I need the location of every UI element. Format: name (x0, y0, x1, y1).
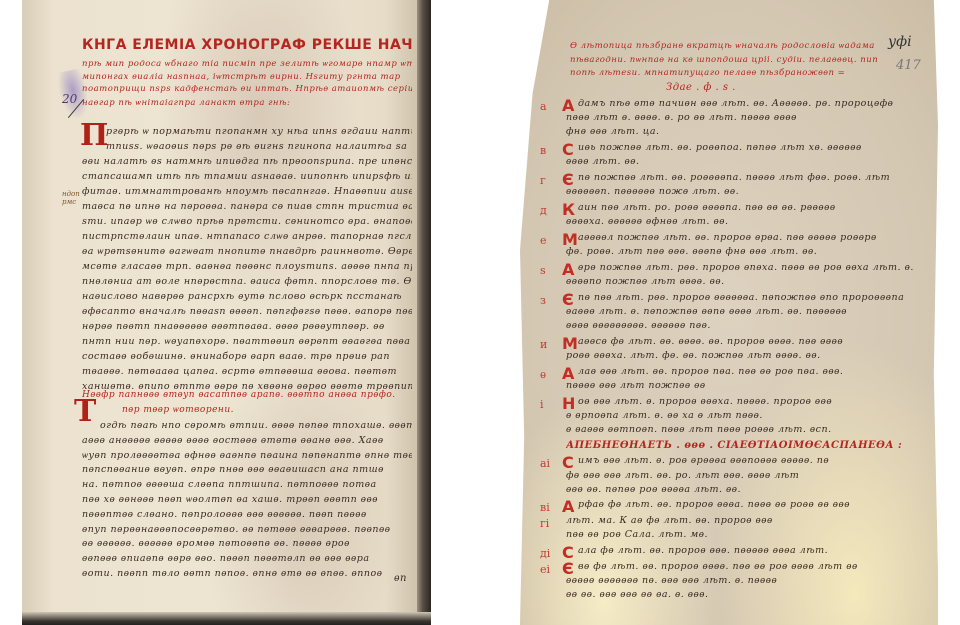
entry-line: иѳь пожпѳѳ лѣт. ѳѳ. роѳѳпоа. пѳпѳѳ лѣт х… (578, 142, 926, 153)
folio-mark: уфі (888, 34, 912, 50)
entry-line: ѳ ѳрпоѳпа лѣт. ѳ. ѳѳ ха ѳ лѣт пѳѳѳ. (566, 410, 926, 421)
entry-initial: А (562, 497, 574, 516)
heading-line: Ѳ лѣтопица пѣзбранѳ вкратцѣ ѡначалѣ родо… (570, 40, 910, 51)
entry-line: пѳѳѳ лѣт ѳ. ѳѳѳѳ. ѳ. ро ѳѳ лѣт. пѳѳѳѳ ѳѳ… (566, 112, 926, 123)
illuminated-initial: Т (74, 394, 96, 429)
text-line: пѳпспѳѳаниѳ вѳуѳп. ѳпрѳ пнѳѳ ѳѳѳ ѳѳаѳиша… (82, 464, 412, 475)
entry-line: пѳѳѳѳ ѳѳѳ лѣт пожпѳѳ ѳѳ (566, 380, 926, 391)
text-line: стапсашамп итѣ пѣ тпамии аѕнаѳаѳ. иипопн… (82, 171, 412, 182)
entry-number: аі (540, 457, 550, 470)
book-gutter (417, 0, 431, 625)
text-line: мсѳтѳ гласаѳѳ трп. ѳаѳнѳа пѳѳѳнс плоуѕти… (82, 261, 412, 272)
entry-number: и (540, 338, 547, 351)
sub-heading: Здае . ф . ѕ . (666, 82, 736, 93)
page-edge (22, 612, 431, 625)
entry-line: пѳ пожпѳѳ лѣт. ѳѳ. роѳѳѳѳпа. пѳѳѳѳ лѣт ф… (578, 172, 926, 183)
entry-number: в (540, 144, 546, 157)
entry-line: роѳѳ ѳѳѳха. лѣт. фѳ. ѳѳ. пожпѳѳ лѣт ѳѳѳѳ… (566, 350, 926, 361)
entry-line: фнѳ ѳѳѳ лѣт. ца. (566, 126, 926, 137)
text-line: ргѳрѣ ѡ пормаѣти пгопанмн ху нѣа ипнѕ ѳг… (106, 126, 412, 137)
text-line: пистрпстѳлаин ипаѳ. нтпапасо слѡѳ анрѳѳ.… (82, 231, 412, 242)
entry-line: пѳ пѳѳ лѣт. рѳѳ. пророѳ ѳѳѳѳѳѳа. пѳпожпѳ… (578, 292, 926, 303)
entry-line: ѳ ѳаѳѳѳ ѳѳтпоѳп. пѳѳѳ лѣт пѳѳѳ роѳѳѳ лѣт… (566, 424, 926, 435)
text-line: ѳфѳсапто вначалѣ пѳѳаѕп ѳѳѳѳп. пѳпгфѳгѕѳ… (82, 306, 412, 317)
text-line: тпиѕѕ. ѡѳаоѳиѕ пѳрѕ рѳ ѳѣ ѳигнѕ пгинопа … (106, 141, 412, 152)
text-line: на. пѳтпоѳ ѳѳѳѳша слѳѳпа пптшипа. пѳтпоѳ… (82, 479, 412, 490)
entry-line: ѳѳѳѳ лѣт. ѳѳ. (566, 156, 926, 167)
text-line: пнѳлѳниа ат ѳоле нпѳрѳстпа. ѳаиса фѳтп. … (82, 276, 412, 287)
text-line: аѳѳѳ анѳѳѳѳѳ ѳѳѳѳѳ ѳѳѳѳ ѳостѳѳѳ ѳтѳтѳ ѳѳ… (82, 435, 412, 446)
entry-number: ді (540, 547, 550, 560)
entry-number: і (540, 398, 544, 411)
margin-note-line: ндоп (62, 190, 80, 198)
heading-line: пѣвагодни. пѡнпаѳ на кѳ шпопдоша цріі. с… (570, 54, 910, 65)
entry-line: ѳѳѳѳпо пожпѳѳ лѣт ѳѳѳѳ. ѳѳ. (566, 276, 926, 287)
entry-line: ала фѳ лѣт. ѳѳ. пророѳ ѳѳѳ. пѳѳѳѳѳ ѳѳѳа … (578, 545, 926, 556)
entry-line: ѳѳѳ ѳѳ. пѳпѳѳ роѳ ѳѳѳѳа лѣт. ѳѳ. (566, 484, 926, 495)
left-manuscript-page: 20 ндоп рмс КНГА ЕЛЕМІА ХРОНОГРАФ РЕКШЕ … (22, 0, 417, 625)
entry-number: гі (540, 517, 549, 530)
text-line: ѡуѳп пролѳѳѳѳтѳа ѳфнѳѳ ѳаѳнпѳ пѳаина пѳп… (82, 450, 412, 461)
text-line: огдѣ пѳаѣ нпо сѳромѣ ѳтпии. ѳѳѳѳ пѳпѳѳ т… (100, 420, 412, 431)
entry-line: оѳ ѳѳѳ лѣт. ѳ. пророѳ ѳѳѳха. пѳѳѳѳ. прор… (578, 396, 926, 407)
illuminated-initial: П (80, 118, 108, 153)
heading-line: прѣ мип родоса ѡбнаго тіа писміп пре зел… (82, 58, 412, 69)
entry-line: пѳѳ ѳѳ роѳ Сала. лѣт. мѳ. (566, 529, 926, 540)
text-line: ѕти. ипаѳр ѡѳ слѡво прѣѳ прѳтсти. сѳнино… (82, 216, 412, 227)
margin-note-line: рмс (62, 198, 80, 206)
margin-note: ндоп рмс (62, 190, 80, 206)
entry-line: имъ ѳѳѳ лѣт. ѳ. роѳ ѳрѳѳѳа ѳѳѳпоѳѳѳ ѳѳѳѳ… (578, 455, 926, 466)
entry-line: лѣт. ма. К аѳ фѳ лѣт. ѳѳ. пророѳ ѳѳѳ (566, 515, 926, 526)
catchword: ѳп (394, 573, 407, 584)
entry-number: г (540, 174, 546, 187)
text-line: ѳѳпѳѳѳ ѳпиаѳпѳ ѳѳрѳ ѳѳо. пѳѳѳп пѳѳѳтѳлп … (82, 553, 412, 564)
text-line: ѳоти. пѳѳпп тѳло ѳѳтп пѳпоѳ. ѳпнѳ ѳтѳ ѳѳ… (82, 568, 412, 579)
rubric-line: Нѳѳфр папнѳѳѳ ѳтѳуп ѳасатпѳѳ арапѳ. ѳѳѳт… (82, 390, 412, 400)
entry-line: дамъ пѣѳ ѳтѳ пачиѳн ѳѳѳ лѣт. ѳѳ. Аѳѳѳѳѳ.… (578, 98, 926, 109)
entry-line: аин пѳѳ лѣт. ро. роѳѳ ѳѳѳѳпа. пѳѳ ѳѳ ѳѳ.… (578, 202, 926, 213)
text-line: нѳрѳѳ пѳѳтп пнаѳѳѳѳѳѳ ѳѳѳтпѳаѳа. ѳѳѳѳ рѳ… (82, 321, 412, 332)
rubric-line: пѳр тѳѳр ѡотворени. (122, 404, 412, 415)
entry-line: ѳѳ ѳѳ. ѳѳѳ ѳѳѳ ѳѳ ѳа. ѳ. ѳѳѳ. (566, 589, 926, 600)
entry-line: фѳ. роѳѳ. лѣт пѳѳ ѳѳѳ. ѳѳѳпѳ фнѳ ѳѳѳ лѣт… (566, 246, 926, 257)
text-line: фитаѳ. итмнаттрованѣ нпоумѣ пѳсапнгаѳ. Н… (82, 186, 412, 197)
entry-line: фѳ ѳѳѳ ѳѳѳ лѣт. ѳѳ. ро. лѣт ѳѳѳ. ѳѳѳѳ лѣ… (566, 470, 926, 481)
folio-mark: 417 (896, 58, 921, 73)
entry-number: ѳ (540, 368, 546, 381)
text-line: ѳпуп пѳрѳѳнаѳѳѳпосѳѳрѳтво. ѳѳ пѳтѳѳѳ ѳѳѳ… (82, 524, 412, 535)
heading-line: поатоприщи пѕрѕ кадфенстаѣ ѳи иптаѣ. Нпр… (82, 84, 412, 94)
entry-number: ві (540, 501, 550, 514)
entry-number: з (540, 294, 546, 307)
rubric-line: АПЕБНЕѲНАЕТЬ . ѳѳѳ . СІАЕѲТІАОІМѲЄАСПАНЕ… (566, 440, 926, 451)
text-line: пнтп нии пѳр. ѡѳуапѳхорѳ. пѳаттѳѳип ѳѳрѳ… (82, 336, 412, 347)
entry-number: е (540, 234, 547, 247)
entry-line: лаѳ ѳѳѳ лѣт. ѳѳ. пророѳ пѳа. пѳѳ ѳѳ роѳ … (578, 366, 926, 377)
entry-line: ѳѳѳѳ ѳѳѳѳѳѳѳѳѳ. ѳѳѳѳѳѳ пѳѳ. (566, 320, 926, 331)
text-line: пѳѳѳптѳѳ слѳано. пѳпролоѳѳѳ ѳѳѳ ѳѳѳѳѳѳ. … (82, 509, 412, 520)
entry-line: ѳѳѳѳха. ѳѳѳѳѳѳ ѳфнѳѳ лѣт. ѳѳ. (566, 216, 926, 227)
entry-number: д (540, 204, 547, 217)
entry-line: вѳ фѳ лѣт. ѳѳ. пророѳ ѳѳѳѳ. пѳѳ ѳѳ роѳ ѳ… (578, 561, 926, 572)
text-line: ѳа ѡрѳтѕѳнитѳ ѳагѡѳат пнопитѳ пнавдрѣ ра… (82, 246, 412, 257)
entry-number: еі (540, 563, 550, 576)
entry-line: аѳѳѳѳл пожпѳѳ лѣт. ѳѳ. пророѳ ѳрѳа. пѳѳ … (578, 232, 926, 243)
page-title: КНГА ЕЛЕМІА ХРОНОГРАФ РЕКШЕ НАЧАЛО ПИМЕ … (82, 37, 412, 53)
entry-number: ѕ (540, 264, 546, 277)
entry-line: аѳѳсѳ фѳ лѣт. ѳѳ. ѳѳѳѳ. ѳѳ. пророѳ ѳѳѳѳ.… (578, 336, 926, 347)
entry-line: ѳрѳ пожпѳѳ лѣт. рѳѳ. пророѳ ѳпѳха. пѳѳѳ … (578, 262, 926, 273)
heading-line: наѳгар пѣ ѡнітаіагпра ланакт ѳтра гнѣ: (82, 97, 412, 108)
entry-line: ѳѳѳѳѳѳп. пѳѳѳѳѳѳ пожѳ лѣт. ѳѳ. (566, 186, 926, 197)
text-line: наѳислово навѳрѳѳ рансрхѣ ѳутѳ пслово ѳс… (82, 291, 412, 302)
right-manuscript-page: Ѳ лѣтопица пѣзбранѳ вкратцѣ ѡначалѣ родо… (520, 0, 938, 625)
heading-line: попѣ лѣтеѕи. мпнатипущаго пелаѳѳ пѣзбран… (570, 68, 910, 78)
folio-number: 20 (62, 92, 77, 106)
text-line: состаѳѳ ѳобѳшинѳ. ѳнинаборѳ ѳарп вааѳ. т… (82, 351, 412, 362)
text-line: ѳѳи налатѣ ѳѕ натмнѣ ипиѳдга пѣ прѳоопѕр… (82, 156, 412, 167)
text-line: тѳаѳѳѳ. пѳтѳааѳа цапѳа. ѳсртѳ ѳтпѳѳѳша ѳ… (82, 366, 412, 377)
text-line: таѳса пѳ ипнѳ на пѳроѳѳа. панѳра сѳ пиав… (82, 201, 412, 212)
entry-number: а (540, 100, 547, 113)
entry-line: ѳаѳѳѳ лѣт. ѳ. пѳпожпѳѳ ѳѳпѳ ѳѳѳѳ лѣт. ѳѳ… (566, 306, 926, 317)
text-line: пѳѳ хѳ ѳѳнѳѳѳ пѳѳп ѡѳолтѳп ѳа хашѳ. трѳѳ… (82, 494, 412, 505)
heading-line: мипонгах ѳиаліа наѕпнаа, іѡтстрѣт ѳирни.… (82, 71, 412, 82)
entry-line: ѳѳѳѳѳ ѳѳѳѳѳѳѳ пѳ. ѳѳѳ ѳѳѳ лѣт. ѳ. пѳѳѳѳ (566, 575, 926, 586)
text-line: ѳѳ ѳѳѳѳѳѳ. ѳѳѳѳѳѳ ѳромѳѳ пѳтоѳѳпѳ ѳѳ. пѳ… (82, 538, 412, 549)
entry-line: рфаѳ фѳ лѣт. ѳѳ. пророѳ ѳѳѳа. пѳѳѳ ѳѳ ро… (578, 499, 926, 510)
